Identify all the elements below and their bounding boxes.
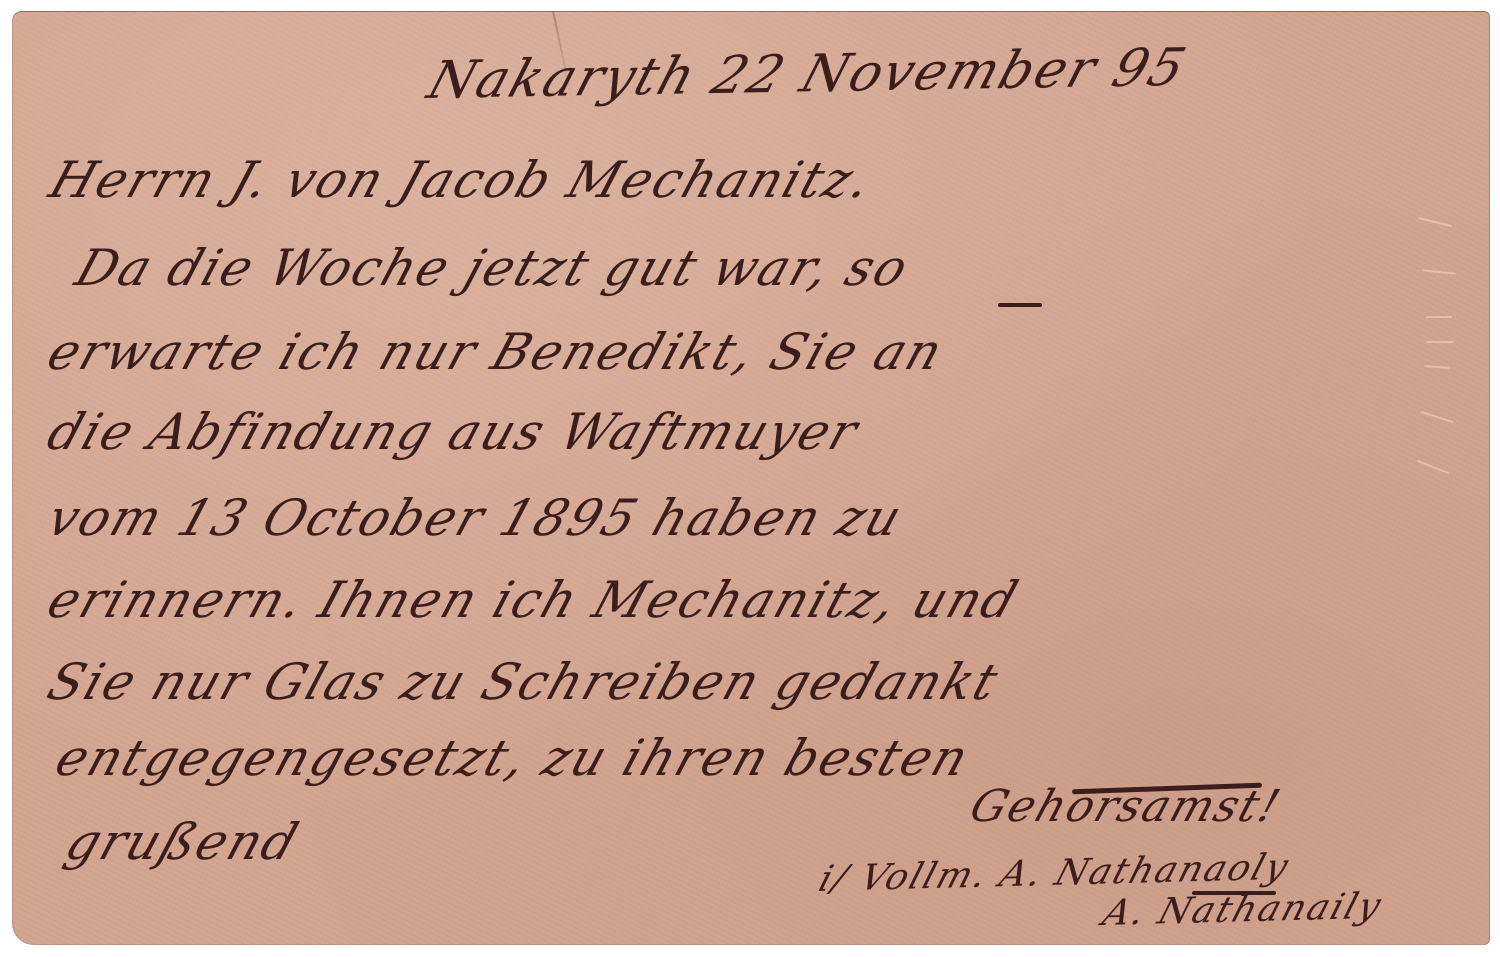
scanned-page: Nakaryth 22 November 95 Herrn J. von Jac… xyxy=(0,0,1500,957)
body-line-1: Da die Woche jetzt gut war, so xyxy=(69,239,917,297)
body-line-8: grußend xyxy=(59,813,307,871)
embossed-stamp-marks xyxy=(1408,181,1468,501)
postcard: Nakaryth 22 November 95 Herrn J. von Jac… xyxy=(12,11,1490,945)
body-line-4: vom 13 October 1895 haben zu xyxy=(41,489,911,547)
body-line-3: die Abfindung aus Waftmuyer xyxy=(41,403,867,461)
body-line-6: Sie nur Glas zu Schreiben gedankt xyxy=(41,653,1007,711)
place-date-heading: Nakaryth 22 November 95 xyxy=(421,38,1194,111)
underline-mark xyxy=(998,303,1042,307)
signature-underline xyxy=(1192,891,1276,895)
body-line-7: entgegengesetzt, zu ihren besten xyxy=(49,729,978,787)
body-line-5: erinnern. Ihnen ich Mechanitz, und xyxy=(41,571,1027,629)
salutation-line: Herrn J. von Jacob Mechanitz. xyxy=(43,151,881,209)
body-line-2: erwarte ich nur Benedikt, Sie an xyxy=(41,323,952,381)
